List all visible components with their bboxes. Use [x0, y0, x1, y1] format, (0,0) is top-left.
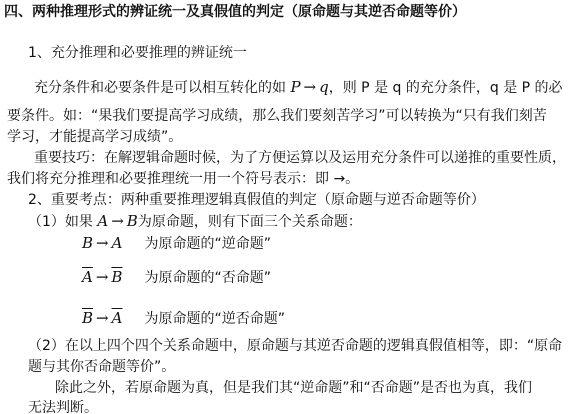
paragraph-line: 学习，才能提高学习成绩”。 — [7, 128, 182, 146]
formula: P→q — [290, 78, 328, 96]
item-2: （2）在以上四个四个关系命题中，原命题与其逆否命题的逻辑真假值相等，即：“原命 — [28, 337, 562, 355]
paragraph-line: 我们将充分推理和必要推理统一用一个符号表示：即 →。 — [7, 170, 359, 188]
text: ，则 P 是 q 的充分条件，q 是 P 的必 — [329, 80, 563, 96]
paragraph-line: 要条件。如：“果我们要提高学习成绩，那么我们要刻苦学习”可以转换为“只有我们刻苦 — [7, 107, 547, 125]
subsection-title-1: 1、充分推理和必要推理的辨证统一 — [28, 44, 247, 62]
relation-inverse: A→B为原命题的“否命题” — [82, 268, 271, 287]
paragraph-line: 充分条件和必要条件是可以相互转化的如 P→q，则 P 是 q 的充分条件，q 是… — [34, 78, 563, 97]
subsection-title-2: 2、重要考点：两种重要推理逻辑真假值的判定（原命题与逆否命题等价） — [28, 191, 485, 209]
formula: A→B — [97, 212, 137, 230]
section-heading: 四、两种推理形式的辨证统一及真假值的判定（原命题与其逆否命题等价） — [4, 3, 466, 21]
paragraph-line: 除此之外，若原命题为真，但是我们其“逆命题”和“否命题”是否也为真，我们 — [55, 379, 532, 397]
paragraph-line: 重要技巧：在解逻辑命题时候，为了方便运算以及运用充分条件可以递推的重要性质， — [34, 149, 566, 167]
item-2-cont: 题与其你否命题等价”。 — [28, 358, 175, 376]
relation-converse: B→A为原命题的“逆命题” — [82, 234, 271, 253]
relation-contrapositive: B→A为原命题的“逆否命题” — [82, 309, 285, 328]
paragraph-line: 无法判断。 — [28, 399, 98, 414]
text: 充分条件和必要条件是可以相互转化的如 — [34, 80, 286, 96]
item-1: （1）如果 A→B为原命题，则有下面三个关系命题： — [28, 212, 362, 231]
